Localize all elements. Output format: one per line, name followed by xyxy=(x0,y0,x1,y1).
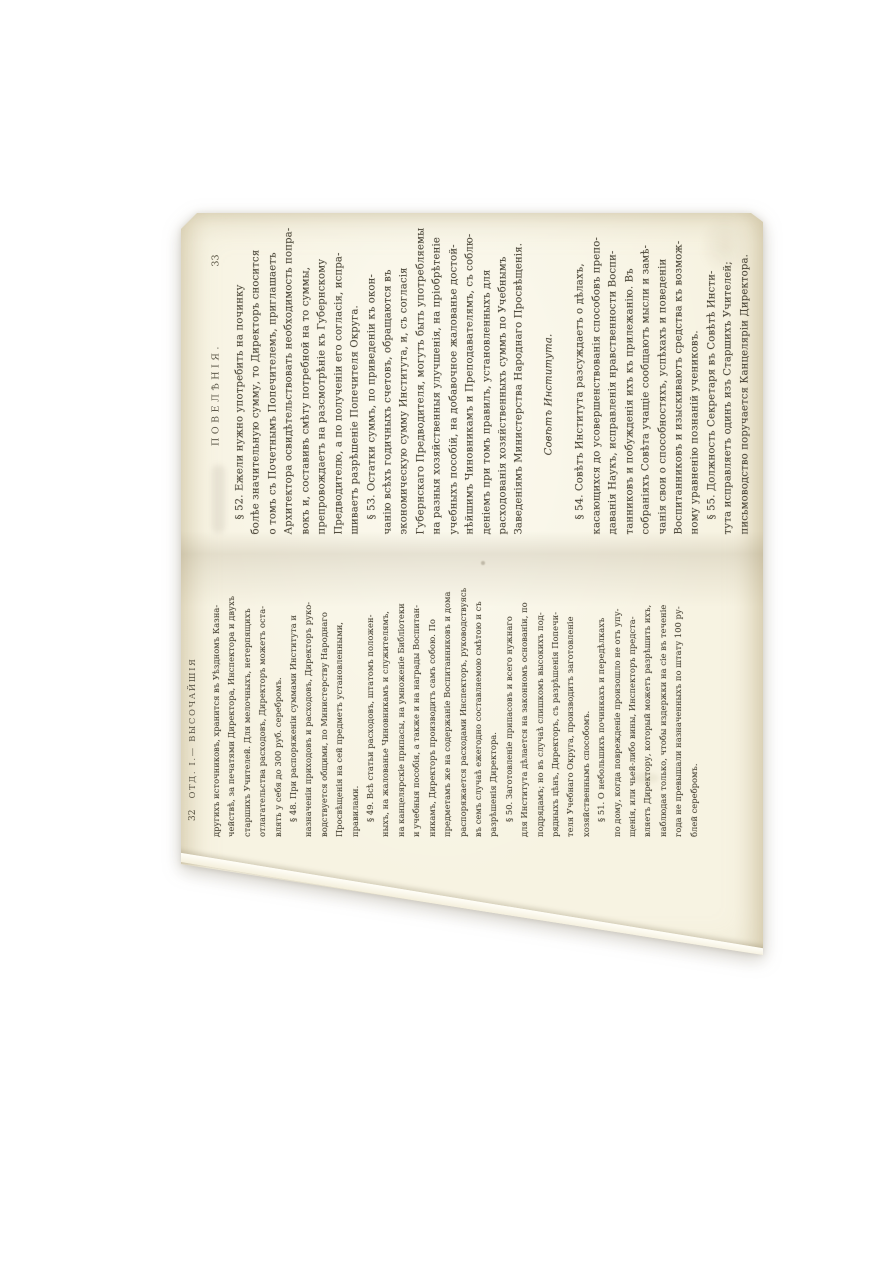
running-head-recto: ПОВЕЛѢНІЯ. xyxy=(210,343,221,446)
text-line: § 51. О небольшихъ починкахъ и передѣлка… xyxy=(594,619,609,837)
text-line: вокъ и, составивъ смѣту потребной на то … xyxy=(298,254,314,534)
paragraph: § 53. Остатки суммъ, по приведеніи къ ок… xyxy=(364,254,528,534)
text-line: правилами. xyxy=(348,619,363,837)
text-line: вляетъ Директору, который можетъ разрѣши… xyxy=(640,619,655,837)
text-line: ному уравненію познаній учениковъ. xyxy=(687,254,703,534)
photo-shadow-wrapper: ПОВЕЛѢНІЯ. 33 § 52. Ежели нужно употреби… xyxy=(0,0,893,1263)
text-line: письмоводство поручается Канцеляріи Дире… xyxy=(737,254,753,534)
text-line: шиваетъ разрѣшеніе Попечителя Округа. xyxy=(347,254,363,534)
paragraph: § 50. Заготовленіе припасовъ и всего нуж… xyxy=(502,619,594,837)
text-line: и учебныя пособія, а также и на награды … xyxy=(409,619,424,837)
text-line: Предводителю, а по полученіи его согласі… xyxy=(331,254,347,534)
text-line: § 54. Совѣтъ Института разсуждаетъ о дѣл… xyxy=(572,254,588,534)
text-line: даванія Наукъ, исправленія нравственност… xyxy=(605,254,621,534)
text-line: Совѣтъ Института. xyxy=(541,254,557,534)
page-33-inner: ПОВЕЛѢНІЯ. 33 § 52. Ежели нужно употреби… xyxy=(208,213,753,579)
text-line: года не превышали назначенныхъ по штату … xyxy=(671,619,686,837)
text-line: Воспитанниковъ и изыскиваютъ средства къ… xyxy=(671,254,687,534)
section-heading: Совѣтъ Института. xyxy=(541,254,557,534)
text-line: о томъ съ Почетнымъ Попечителемъ, пригла… xyxy=(265,254,281,534)
paragraph: § 54. Совѣтъ Института разсуждаетъ о дѣл… xyxy=(572,254,704,534)
text-line: подрядамъ; но въ случаѣ слишкомъ высоких… xyxy=(533,619,548,837)
text-line: деніемъ при томъ правилъ, установленныхъ… xyxy=(479,254,495,534)
text-line: чанія свои о способностяхъ, успѣхахъ и п… xyxy=(655,254,671,534)
text-line: на канцелярскіе припасы, на умноженіе Би… xyxy=(394,619,409,837)
page-32-header-row: ОТД. I.— ВЫСОЧАЙШІЯ 32 xyxy=(186,619,200,837)
text-line: собраніяхъ Совѣта учащіе сообщаютъ мысли… xyxy=(638,254,654,534)
book-spread-paper: ПОВЕЛѢНІЯ. 33 § 52. Ежели нужно употреби… xyxy=(181,213,763,958)
text-line: въ семъ случаѣ ежегодно составляемою смѣ… xyxy=(471,619,486,837)
text-line: препровождаетъ на разсмотрѣніе къ Губерн… xyxy=(314,254,330,534)
text-line: § 49. Всѣ статьи расходовъ, штатомъ поло… xyxy=(363,619,378,837)
text-line: § 55. Должность Секретаря въ Совѣтѣ Инст… xyxy=(704,254,720,534)
text-line: § 52. Ежели нужно употребить на починку xyxy=(232,254,248,534)
paragraph: § 55. Должность Секретаря въ Совѣтѣ Инст… xyxy=(704,254,753,534)
page-number-32: 32 xyxy=(186,810,200,821)
text-line: другихъ источниковъ, хранится въ Уѣздном… xyxy=(209,619,224,837)
scanned-book-photo: { "colors": { "background": "#ffffff", "… xyxy=(0,0,893,1263)
text-line: влять у себя до 300 руб. серебромъ. xyxy=(271,619,286,837)
page-33-body: § 52. Ежели нужно употребить на починкуб… xyxy=(232,254,753,534)
paragraph: § 52. Ежели нужно употребить на починкуб… xyxy=(232,254,364,534)
page-33: ПОВЕЛѢНІЯ. 33 § 52. Ежели нужно употреби… xyxy=(181,213,762,579)
foxing-spot xyxy=(481,561,485,565)
text-line: § 48. При распоряженіи суммами Института… xyxy=(286,619,301,837)
text-line: рядныхъ цѣнъ, Директоръ, съ разрѣшенія П… xyxy=(548,619,563,837)
foxing-spot xyxy=(699,215,751,277)
text-line: касающихся до усовершенствованія способо… xyxy=(589,254,605,534)
text-line: Просвѣщенія на сей предметъ установленны… xyxy=(332,619,347,837)
text-line: болѣе значительную сумму, то Директоръ с… xyxy=(248,254,264,534)
text-line: никамъ, Директоръ производитъ самъ собою… xyxy=(425,619,440,837)
text-line: наблюдая только, чтобы издержки на сіе в… xyxy=(656,619,671,837)
binding-gutter-shadow xyxy=(181,531,763,607)
text-line: для Института дѣлается на законномъ осно… xyxy=(517,619,532,837)
text-line: Архитектора освидѣтельствовать необходим… xyxy=(281,254,297,534)
foxing-spot xyxy=(633,773,659,783)
paragraph: § 51. О небольшихъ починкахъ и передѣлка… xyxy=(594,619,702,837)
text-line: назначеніи приходовъ и расходовъ, Директ… xyxy=(301,619,316,837)
text-line: отлагательства расходовъ, Директоръ може… xyxy=(255,619,270,837)
paragraph: другихъ источниковъ, хранится въ Уѣздном… xyxy=(209,619,286,837)
page-number-33: 33 xyxy=(208,254,224,266)
text-line: учебныхъ пособій, на добавочное жаловань… xyxy=(446,254,462,534)
text-line: хозяйственнымъ способомъ. xyxy=(579,619,594,837)
text-line: теля Учебнаго Округа, производитъ загото… xyxy=(563,619,578,837)
text-line: водствуется общими, по Министерству Наро… xyxy=(317,619,332,837)
text-line: § 50. Заготовленіе припасовъ и всего нуж… xyxy=(502,619,517,837)
text-line: Губернскаго Предводителя, могутъ быть уп… xyxy=(413,254,429,534)
ink-bleed-smudge xyxy=(212,465,225,533)
text-line: тута исправляетъ одинъ изъ Старшихъ Учит… xyxy=(720,254,736,534)
page-32-body: другихъ источниковъ, хранится въ Уѣздном… xyxy=(209,619,702,837)
page-32-inner: ОТД. I.— ВЫСОЧАЙШІЯ 32 другихъ источнико… xyxy=(186,584,702,879)
text-line: предметамъ же на содержаніе Воспитаннико… xyxy=(440,619,455,837)
text-line: распоряжается расходами Инспекторъ, руко… xyxy=(456,619,471,837)
paragraph: § 49. Всѣ статьи расходовъ, штатомъ поло… xyxy=(363,619,502,837)
text-line: чанію всѣхъ годичныхъ счетовъ, обращаютс… xyxy=(380,254,396,534)
text-line: танниковъ и побужденія ихъ къ прилежанію… xyxy=(622,254,638,534)
text-line: щенія, или чьей-либо вины, Инспекторъ пр… xyxy=(625,619,640,837)
text-line: экономическую сумму Института, и, съ сог… xyxy=(396,254,412,534)
text-line: старшихъ Учителей. Для мелочныхъ, нетерп… xyxy=(240,619,255,837)
paragraph: § 48. При распоряженіи суммами Института… xyxy=(286,619,363,837)
text-line: блей серебромъ. xyxy=(687,619,702,837)
running-head-verso: ОТД. I.— ВЫСОЧАЙШІЯ xyxy=(188,657,198,798)
text-line: по дому, когда поврежденіе произошло не … xyxy=(610,619,625,837)
text-line: чействѣ, за печатями Директора, Инспекто… xyxy=(224,619,239,837)
text-line: на разныя хозяйственныя улучшенія, на пр… xyxy=(429,254,445,534)
text-line: нѣйшимъ Чиновникамъ и Преподавателямъ, с… xyxy=(462,254,478,534)
text-line: § 53. Остатки суммъ, по приведеніи къ ок… xyxy=(364,254,380,534)
page-32: ОТД. I.— ВЫСОЧАЙШІЯ 32 другихъ источнико… xyxy=(181,584,762,879)
text-line: расходованія хозяйственныхъ суммъ по Уче… xyxy=(495,254,511,534)
text-line: Заведеніямъ Министерства Народнаго Просв… xyxy=(511,254,527,534)
text-line: разрѣшенія Директора. xyxy=(486,619,501,837)
text-line: ныхъ, на жалованье Чиновникамъ и служите… xyxy=(378,619,393,837)
